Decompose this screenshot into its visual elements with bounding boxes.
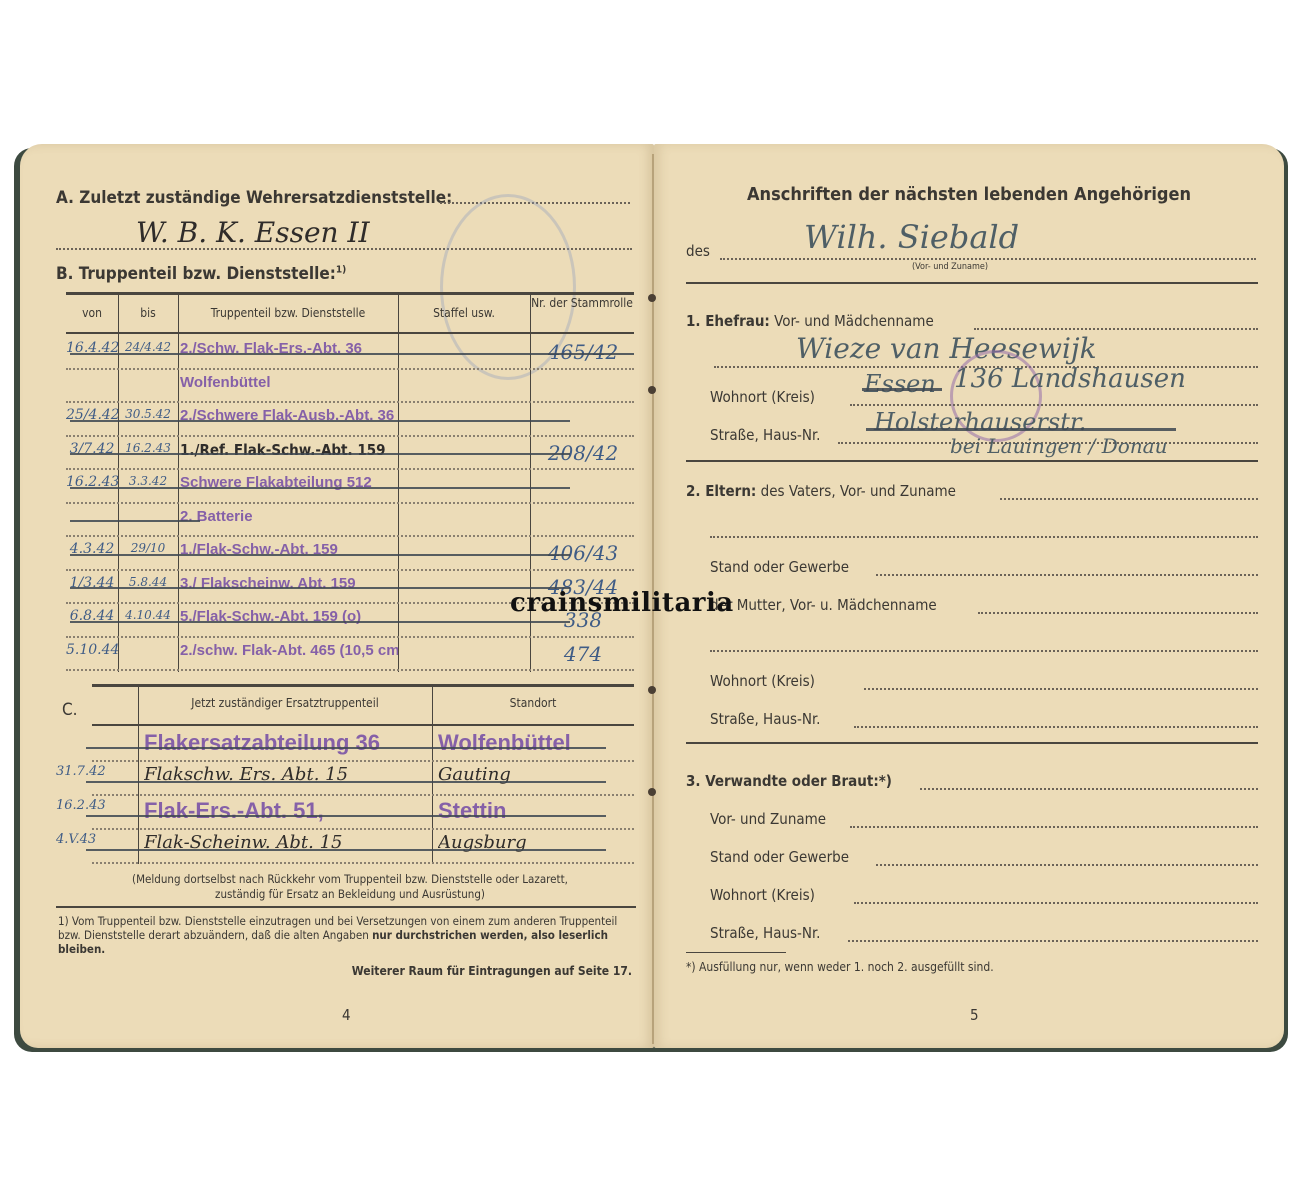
name-label-3: Vor- und Zuname <box>710 810 826 828</box>
strikethrough <box>70 420 570 422</box>
cell-unit: Flakersatzabteilung 36 <box>144 730 432 756</box>
footnote-right: *) Ausfüllung nur, wenn weder 1. noch 2.… <box>686 960 994 974</box>
cell-standort: Stettin <box>438 798 634 824</box>
strasse-label-3: Straße, Haus-Nr. <box>710 924 820 942</box>
table-row: 16.2.43Flak-Ers.-Abt. 51,Stettin <box>56 796 634 830</box>
cell-date: 16.2.43 <box>56 798 136 813</box>
continuation-note: Weiterer Raum für Eintragungen auf Seite… <box>352 964 632 978</box>
dotted-line <box>920 788 1258 790</box>
page-number-right: 5 <box>970 1006 979 1024</box>
strikethrough <box>70 487 570 489</box>
strasse-struck: Holsterhauserstr. <box>874 408 1086 436</box>
col-header-bis: bis <box>118 306 178 320</box>
strasse-label-2: Straße, Haus-Nr. <box>710 710 820 728</box>
cell-unit: 2. Batterie <box>180 508 398 525</box>
table-row: Flakersatzabteilung 36Wolfenbüttel <box>56 728 634 762</box>
strikethrough <box>70 554 570 556</box>
strikethrough <box>86 849 606 851</box>
dotted-line <box>850 826 1258 828</box>
des-hint: (Vor- und Zuname) <box>912 262 988 272</box>
wife-name: Wieze van Heesewijk <box>796 332 1097 365</box>
wohnort-label-1: Wohnort (Kreis) <box>710 388 815 406</box>
strikethrough <box>866 428 1176 431</box>
strikethrough <box>86 747 606 749</box>
dotted-line <box>854 726 1258 728</box>
section-a-label: A. Zuletzt zuständige Wehrersatzdienstst… <box>56 188 452 208</box>
strikethrough <box>862 388 942 391</box>
right-page: Anschriften der nächsten lebenden Angehö… <box>654 144 1284 1048</box>
dotted-line <box>1000 498 1258 500</box>
col-header-ersatz: Jetzt zuständiger Ersatztruppenteil <box>138 696 432 710</box>
staple <box>648 686 656 694</box>
dotted-line <box>978 612 1258 614</box>
strikethrough <box>70 587 570 589</box>
stand-label-2: Stand oder Gewerbe <box>710 558 849 576</box>
cell-unit: Wolfenbüttel <box>180 374 398 391</box>
table-row: 5.10.442./schw. Flak-Abt. 465 (10,5 cm)4… <box>66 638 634 672</box>
cell-unit: 1./Ref. Flak-Schw.-Abt. 159 <box>180 441 398 459</box>
strikethrough <box>70 453 570 455</box>
mother-label: der Mutter, Vor- u. Mädchenname <box>710 596 937 614</box>
dotted-line <box>854 902 1258 904</box>
dotted-line <box>864 688 1258 690</box>
dotted-line <box>92 862 634 864</box>
stand-label-3: Stand oder Gewerbe <box>710 848 849 866</box>
wohnort-label-3: Wohnort (Kreis) <box>710 886 815 904</box>
wohnort-label-2: Wohnort (Kreis) <box>710 672 815 690</box>
section-b-label: B. Truppenteil bzw. Dienststelle:1) <box>56 264 346 284</box>
staple <box>648 788 656 796</box>
section-c-label: C. <box>62 700 78 720</box>
section-3-label: 3. Verwandte oder Braut:*) <box>686 772 892 790</box>
table-row: 4.3.4229/101./Flak-Schw.-Abt. 159406/43 <box>66 537 634 571</box>
strikethrough <box>70 353 634 355</box>
col-header-staffel: Staffel usw. <box>398 306 530 320</box>
cell-date: 31.7.42 <box>56 764 136 779</box>
strikethrough <box>86 781 606 783</box>
watermark: crainsmilitaria <box>510 588 734 618</box>
section-2-label: 2. Eltern: des Vaters, Vor- und Zuname <box>686 482 956 500</box>
table-row: Wolfenbüttel <box>66 370 634 404</box>
strasse-value-1: bei Lauingen / Donau <box>950 434 1168 458</box>
wohnort-value-1: 136 Landshausen <box>954 364 1186 394</box>
right-page-title: Anschriften der nächsten lebenden Angehö… <box>654 184 1284 205</box>
table-row: 25/4.4230.5.422./Schwere Flak-Ausb.-Abt.… <box>66 403 634 437</box>
wohnort-struck: Essen <box>864 370 936 398</box>
col-header-unit: Truppenteil bzw. Dienststelle <box>178 306 398 320</box>
staple <box>648 294 656 302</box>
dotted-line <box>720 258 1256 260</box>
strikethrough <box>70 520 200 522</box>
dotted-line <box>710 536 1258 538</box>
cell-nr: 474 <box>532 642 634 666</box>
dotted-line <box>848 940 1258 942</box>
soldier-name: Wilh. Siebald <box>804 218 1019 256</box>
strasse-label-1: Straße, Haus-Nr. <box>710 426 820 444</box>
table-row: 2. Batterie <box>66 504 634 538</box>
section-1-label: 1. Ehefrau: Vor- und Mädchenname <box>686 312 934 330</box>
table-row: 4.V.43Flak-Scheinw. Abt. 15Augsburg <box>56 830 634 864</box>
table-row: 16.2.433.3.42Schwere Flakabteilung 512 <box>66 470 634 504</box>
cell-von: 5.10.44 <box>66 642 118 658</box>
col-header-standort: Standort <box>432 696 634 710</box>
page-number-left: 4 <box>342 1006 351 1024</box>
strikethrough <box>70 621 570 623</box>
dotted-line <box>876 574 1258 576</box>
cell-date: 4.V.43 <box>56 832 136 847</box>
col-header-von: von <box>66 306 118 320</box>
cell-unit: 2./schw. Flak-Abt. 465 (10,5 cm) <box>180 642 398 659</box>
strikethrough <box>86 815 606 817</box>
dotted-line <box>66 669 634 671</box>
col-header-stammrolle: Nr. der Stammrolle <box>530 296 634 311</box>
dotted-line <box>850 404 1258 406</box>
dotted-line <box>974 328 1258 330</box>
table-row: 16.4.4224/4.422./Schw. Flak-Ers.-Abt. 36… <box>66 336 634 370</box>
table-row: 31.7.42Flakschw. Ers. Abt. 15Gauting <box>56 762 634 796</box>
des-label: des <box>686 242 710 260</box>
staple <box>648 386 656 394</box>
cell-standort: Wolfenbüttel <box>438 730 634 756</box>
replacement-unit-table: C. Jetzt zuständiger Ersatztruppenteil S… <box>56 684 634 884</box>
section-a-value: W. B. K. Essen II <box>136 216 370 249</box>
dotted-line <box>710 650 1258 652</box>
dotted-line <box>876 864 1258 866</box>
footnote-1: 1) Vom Truppenteil bzw. Dienststelle ein… <box>58 914 634 956</box>
cell-unit: Flak-Ers.-Abt. 51, <box>144 798 432 824</box>
section-c-note: (Meldung dortselbst nach Rückkehr vom Tr… <box>60 872 640 902</box>
table-row: 3/7.4216.2.431./Ref. Flak-Schw.-Abt. 159… <box>66 437 634 471</box>
